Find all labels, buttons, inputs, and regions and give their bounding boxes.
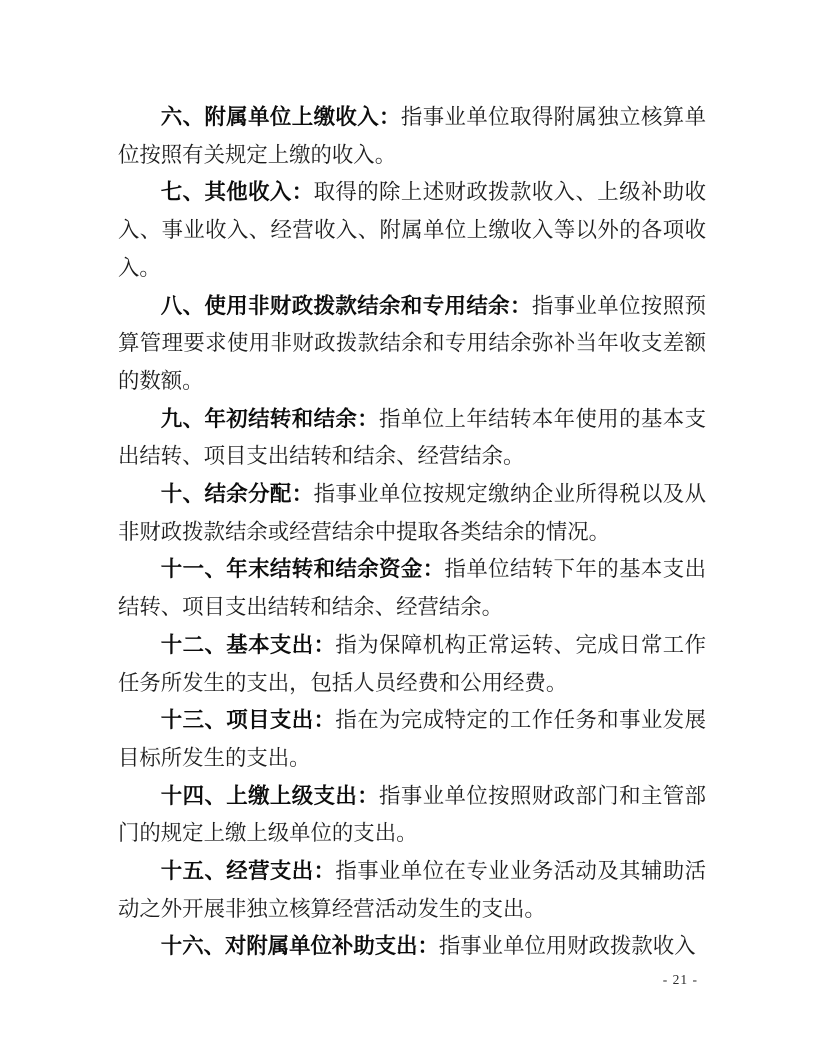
- definition-paragraph: 八、使用非财政拨款结余和专用结余：指事业单位按照预算管理要求使用非财政拨款结余和…: [118, 288, 706, 401]
- term-label: 九、年初结转和结余：: [161, 407, 379, 431]
- term-label: 十四、上缴上级支出：: [161, 784, 379, 808]
- term-label: 十、结余分配：: [161, 482, 314, 506]
- document-body: 六、附属单位上缴收入：指事业单位取得附属独立核算单位按照有关规定上缴的收入。 七…: [118, 99, 706, 966]
- definition-paragraph: 十二、基本支出：指为保障机构正常运转、完成日常工作任务所发生的支出，包括人员经费…: [118, 627, 706, 702]
- definition-paragraph: 六、附属单位上缴收入：指事业单位取得附属独立核算单位按照有关规定上缴的收入。: [118, 99, 706, 174]
- definition-paragraph: 十四、上缴上级支出：指事业单位按照财政部门和主管部门的规定上缴上级单位的支出。: [118, 778, 706, 853]
- definition-paragraph: 十一、年末结转和结余资金：指单位结转下年的基本支出结转、项目支出结转和结余、经营…: [118, 551, 706, 626]
- term-definition: 指事业单位用财政拨款收入: [439, 934, 696, 958]
- definition-paragraph: 十三、项目支出：指在为完成特定的工作任务和事业发展目标所发生的支出。: [118, 702, 706, 777]
- term-label: 八、使用非财政拨款结余和专用结余：: [161, 294, 532, 318]
- term-label: 六、附属单位上缴收入：: [161, 105, 401, 129]
- term-label: 十五、经营支出：: [161, 859, 336, 883]
- definition-paragraph: 十、结余分配：指事业单位按规定缴纳企业所得税以及从非财政拨款结余或经营结余中提取…: [118, 476, 706, 551]
- term-label: 十三、项目支出：: [161, 708, 336, 732]
- definition-paragraph: 七、其他收入：取得的除上述财政拨款收入、上级补助收入、事业收入、经营收入、附属单…: [118, 174, 706, 287]
- term-label: 七、其他收入：: [161, 180, 314, 204]
- definition-paragraph: 十五、经营支出：指事业单位在专业业务活动及其辅助活动之外开展非独立核算经营活动发…: [118, 853, 706, 928]
- document-page: 六、附属单位上缴收入：指事业单位取得附属独立核算单位按照有关规定上缴的收入。 七…: [0, 0, 816, 1056]
- term-label: 十二、基本支出：: [161, 633, 336, 657]
- term-label: 十一、年末结转和结余资金：: [161, 557, 445, 581]
- page-number: - 21 -: [663, 972, 698, 988]
- definition-paragraph: 九、年初结转和结余：指单位上年结转本年使用的基本支出结转、项目支出结转和结余、经…: [118, 401, 706, 476]
- term-label: 十六、对附属单位补助支出：: [161, 934, 439, 958]
- definition-paragraph: 十六、对附属单位补助支出：指事业单位用财政拨款收入: [118, 928, 706, 966]
